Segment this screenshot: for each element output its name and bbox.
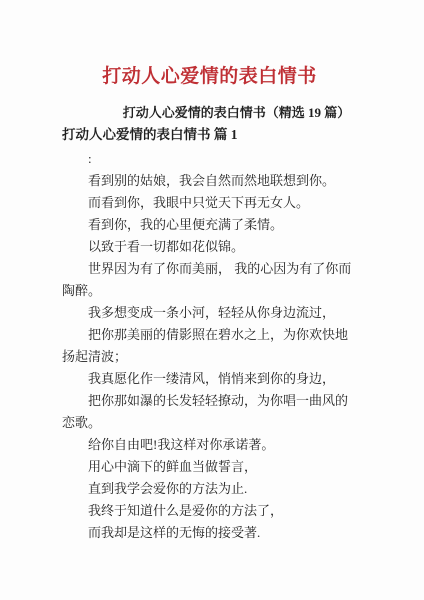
paragraph: 用心中滴下的鲜血当做誓言， bbox=[62, 456, 357, 478]
paragraph: 我多想变成一条小河，轻轻从你身边流过， bbox=[62, 302, 357, 324]
paragraph: 看到别的姑娘，我会自然而然地联想到你。 bbox=[62, 170, 357, 192]
paragraph: 我终于知道什么是爱你的方法了， bbox=[62, 500, 357, 522]
paragraph: 世界因为有了你而美丽， 我的心因为有了你而陶醉。 bbox=[62, 258, 357, 302]
paragraph: 而我却是这样的无悔的接受著. bbox=[62, 522, 357, 544]
paragraph: 给你自由吧!我这样对你承诺著。 bbox=[62, 434, 357, 456]
paragraph: 看到你，我的心里便充满了柔情。 bbox=[62, 214, 357, 236]
paragraph: 而看到你，我眼中只觉天下再无女人。 bbox=[62, 192, 357, 214]
body-text: :看到别的姑娘，我会自然而然地联想到你。而看到你，我眼中只觉天下再无女人。看到你… bbox=[62, 148, 357, 544]
section-heading: 打动人心爱情的表白情书 篇 1 bbox=[62, 126, 357, 143]
paragraph: : bbox=[62, 148, 357, 170]
document-title: 打动人心爱情的表白情书 bbox=[62, 64, 357, 90]
paragraph: 以致于看一切都如花似锦。 bbox=[62, 236, 357, 258]
paragraph: 直到我学会爱你的方法为止. bbox=[62, 478, 357, 500]
paragraph: 我真愿化作一缕清风，悄悄来到你的身边， bbox=[62, 368, 357, 390]
document-page: 打动人心爱情的表白情书 打动人心爱情的表白情书（精选 19 篇） 打动人心爱情的… bbox=[0, 0, 424, 600]
paragraph: 把你那美丽的倩影照在碧水之上，为你欢快地扬起清波； bbox=[62, 324, 357, 368]
paragraph: 把你那如瀑的长发轻轻撩动，为你唱一曲风的恋歌。 bbox=[62, 390, 357, 434]
document-subtitle: 打动人心爱情的表白情书（精选 19 篇） bbox=[116, 105, 357, 121]
